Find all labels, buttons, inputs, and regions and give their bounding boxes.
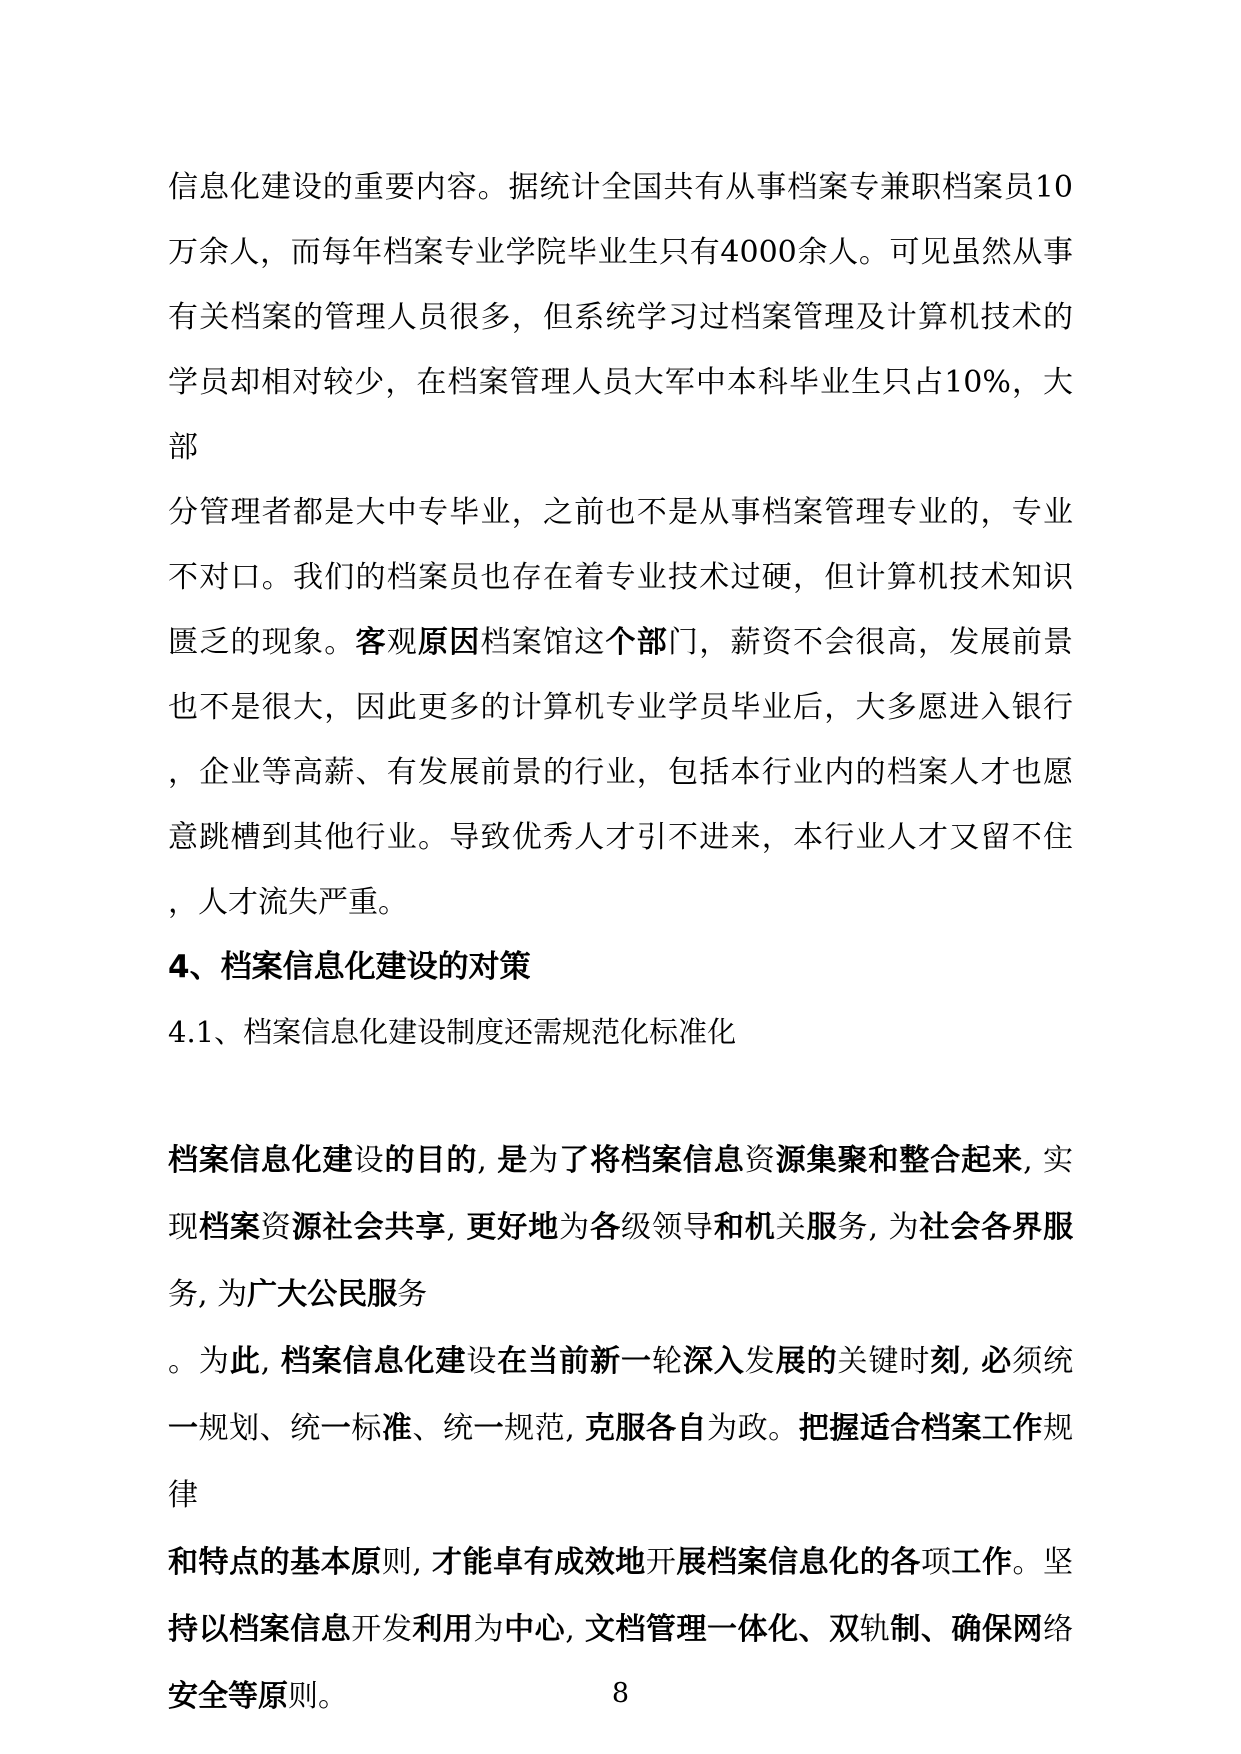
regular-text-run: 资 (261, 1210, 292, 1245)
bold-text-run: 深入 (683, 1344, 745, 1379)
bold-text-run: 档案信息化建 (168, 1143, 354, 1178)
bold-text-run: 一 (168, 1411, 199, 1446)
regular-text-run: ，企业等高薪、有发展前景的行业，包括本行业内的档案人才也愿 (168, 755, 1073, 790)
text-line: ，企业等高薪、有发展前景的行业，包括本行业内的档案人才也愿 (168, 740, 1073, 805)
bold-text-run: 和机 (714, 1210, 776, 1245)
regular-text-run: 现 (168, 1210, 199, 1245)
text-line: 万余人，而每年档案专业学院毕业生只有4000余人。可见虽然从事 (168, 220, 1073, 285)
bold-text-run: 展的 (776, 1344, 838, 1379)
text-line: 档案信息化建设的目的, 是为了将档案信息资源集聚和整合起来, 实 (168, 1127, 1073, 1194)
document-text-block: 信息化建设的重要内容。据统计全国共有从事档案专兼职档案员10万余人，而每年档案专… (168, 155, 1073, 1730)
regular-text-run: 也不是很大，因此更多的计算机专业学员毕业后，大多愿进入银行 (168, 690, 1073, 725)
text-line: ，人才流失严重。 (168, 870, 1073, 935)
regular-text-run: , (565, 1612, 585, 1647)
text-line: 和特点的基本原则, 才能卓有成效地开展档案信息化的各项工作。坚 (168, 1529, 1073, 1596)
regular-text-run: 须统 (1012, 1344, 1073, 1379)
regular-text-run: 设 (354, 1143, 385, 1178)
bold-text-run: 社会各界服 (919, 1210, 1073, 1245)
bold-text-run: 了将档案信息 (559, 1143, 745, 1178)
regular-text-run: 轨 (860, 1612, 891, 1647)
bold-text-run: 的目的 (385, 1143, 478, 1178)
text-line: 也不是很大，因此更多的计算机专业学员毕业后，大多愿进入银行 (168, 675, 1073, 740)
regular-text-run: , (261, 1344, 281, 1379)
bold-text-run: 制、确保网 (890, 1612, 1043, 1647)
regular-text-run: 学员却相对较少，在档案管理人员大军中本科毕业生只占10%，大部 (168, 365, 1073, 465)
bold-text-run: 档案 (199, 1210, 261, 1245)
regular-text-run: 络 (1043, 1612, 1073, 1647)
text-line: 现档案资源社会共享, 更好地为各级领导和机关服务, 为社会各界服 (168, 1194, 1073, 1261)
regular-text-run: 资 (745, 1143, 776, 1178)
bold-text-run: 才能卓有成效地 (432, 1545, 646, 1580)
regular-text-run: 标 (351, 1411, 382, 1446)
body-paragraph-2: 档案信息化建设的目的, 是为了将档案信息资源集聚和整合起来, 实现档案资源社会共… (168, 1127, 1073, 1328)
bold-text-run: 个部 (606, 625, 669, 660)
bold-text-run: 源集聚和整合起来 (776, 1143, 1023, 1178)
regular-text-run: 规范, (504, 1411, 585, 1446)
regular-text-run: 规划、统 (199, 1411, 321, 1446)
bold-text-run: 在当前新一 (497, 1344, 652, 1379)
bold-text-run: 此 (230, 1344, 261, 1379)
regular-text-run: 轮 (652, 1344, 683, 1379)
regular-text-run: 有关档案的管理人员很多，但系统学习过档案管理及计算机技术的 (168, 300, 1073, 335)
regular-text-run: 匮乏的现象。 (168, 625, 356, 660)
regular-text-run: 为 (474, 1612, 505, 1647)
regular-text-run: 信息化建设的重要内容。据统计全国共有从事档案专兼职档案员10 (168, 170, 1073, 205)
bold-text-run: 利用 (412, 1612, 473, 1647)
subsection-heading: 4.1、档案信息化建设制度还需规范化标准化 (168, 1000, 1073, 1065)
regular-text-run: , 实 (1023, 1143, 1073, 1178)
regular-text-run: 则, (382, 1545, 432, 1580)
text-line: 不对口。我们的档案员也存在着专业技术过硬，但计算机技术知识 (168, 545, 1073, 610)
section-heading: 4、档案信息化建设的对策 (168, 935, 1073, 1000)
bold-text-run: 客 (356, 625, 387, 660)
regular-text-run: 级领导 (621, 1210, 714, 1245)
text-line: 匮乏的现象。客观原因档案馆这个部门，薪资不会很高，发展前景 (168, 610, 1073, 675)
regular-text-run: 分管理者都是大中专毕业，之前也不是从事档案管理专业的，专业 (168, 495, 1073, 530)
regular-text-run: 万余人，而每年档案专业学院毕业生只有4000余人。可见虽然从事 (168, 235, 1073, 270)
regular-text-run: 门，薪资不会很高，发展前景 (668, 625, 1073, 660)
regular-text-run: 档案馆这 (481, 625, 606, 660)
regular-text-run: ，人才流失严重。 (168, 885, 408, 920)
regular-text-run: 不对口。我们的档案员也存在着专业技术过硬，但计算机技术知识 (168, 560, 1073, 595)
regular-text-run: 为政。 (707, 1411, 799, 1446)
bold-text-run: 工作 (951, 1545, 1012, 1580)
bold-text-run: 和特点的基本原 (168, 1545, 382, 1580)
bold-text-run: 各 (590, 1210, 621, 1245)
regular-text-run: 开发 (351, 1612, 412, 1647)
bold-text-run: 准 (382, 1411, 413, 1446)
bold-text-run: 把握适合档案工作 (799, 1411, 1043, 1446)
page-number: 8 (168, 1678, 1073, 1709)
regular-text-run: 开 (646, 1545, 677, 1580)
bold-text-run: 克服各自 (585, 1411, 707, 1446)
regular-text-run: 项 (921, 1545, 952, 1580)
regular-text-run: 为 (559, 1210, 590, 1245)
bold-text-run: 更好地 (466, 1210, 559, 1245)
bold-text-run: 一 (474, 1411, 505, 1446)
regular-text-run: , (477, 1143, 497, 1178)
bold-text-run: 源社会共享 (292, 1210, 447, 1245)
regular-text-run: 务 (397, 1277, 427, 1312)
body-paragraph-1: 信息化建设的重要内容。据统计全国共有从事档案专兼职档案员10万余人，而每年档案专… (168, 155, 1073, 935)
document-page: 信息化建设的重要内容。据统计全国共有从事档案专兼职档案员10万余人，而每年档案专… (0, 0, 1241, 1754)
regular-text-run: , (446, 1210, 466, 1245)
regular-text-run: 务, 为 (838, 1210, 920, 1245)
regular-text-run: 为 (528, 1143, 559, 1178)
text-line: 一规划、统一标准、统一规范, 克服各自为政。把握适合档案工作规律 (168, 1395, 1073, 1529)
bold-text-run: 是 (497, 1143, 528, 1178)
text-line: 信息化建设的重要内容。据统计全国共有从事档案专兼职档案员10 (168, 155, 1073, 220)
bold-text-run: 展档案信息化的各 (676, 1545, 920, 1580)
text-line: 分管理者都是大中专毕业，之前也不是从事档案管理专业的，专业 (168, 480, 1073, 545)
regular-text-run: 关键时 (838, 1344, 931, 1379)
bold-text-run: 持以档案信息 (168, 1612, 351, 1647)
bold-text-run: 服 (807, 1210, 838, 1245)
regular-text-run: 观 (387, 625, 418, 660)
bold-text-run: 文档管理一体化、双 (585, 1612, 860, 1647)
bold-text-run: 一 (321, 1411, 352, 1446)
regular-text-run: 、统 (412, 1411, 473, 1446)
bold-text-run: 广大公民服 (247, 1277, 397, 1312)
text-line: 有关档案的管理人员很多，但系统学习过档案管理及计算机技术的 (168, 285, 1073, 350)
regular-text-run: 。坚 (1013, 1545, 1074, 1580)
bold-text-run: 中心 (504, 1612, 565, 1647)
bold-text-run: 必 (981, 1344, 1012, 1379)
regular-text-run: 。为 (168, 1344, 230, 1379)
regular-text-run: , (961, 1344, 981, 1379)
body-paragraph-3: 。为此, 档案信息化建设在当前新一轮深入发展的关键时刻, 必须统一规划、统一标准… (168, 1328, 1073, 1730)
text-line: 。为此, 档案信息化建设在当前新一轮深入发展的关键时刻, 必须统 (168, 1328, 1073, 1395)
bold-text-run: 原因 (418, 625, 481, 660)
regular-text-run: 务, 为 (168, 1277, 247, 1312)
regular-text-run: 关 (776, 1210, 807, 1245)
regular-text-run: 发 (745, 1344, 776, 1379)
text-line: 持以档案信息开发利用为中心, 文档管理一体化、双轨制、确保网络 (168, 1596, 1073, 1663)
bold-text-run: 档案信息化建 (281, 1344, 467, 1379)
text-line: 学员却相对较少，在档案管理人员大军中本科毕业生只占10%，大部 (168, 350, 1073, 480)
bold-text-run: 刻 (930, 1344, 961, 1379)
regular-text-run: 设 (466, 1344, 497, 1379)
text-line: 意跳槽到其他行业。导致优秀人才引不进来，本行业人才又留不住 (168, 805, 1073, 870)
text-line: 务, 为广大公民服务 (168, 1261, 1073, 1328)
regular-text-run: 意跳槽到其他行业。导致优秀人才引不进来，本行业人才又留不住 (168, 820, 1073, 855)
